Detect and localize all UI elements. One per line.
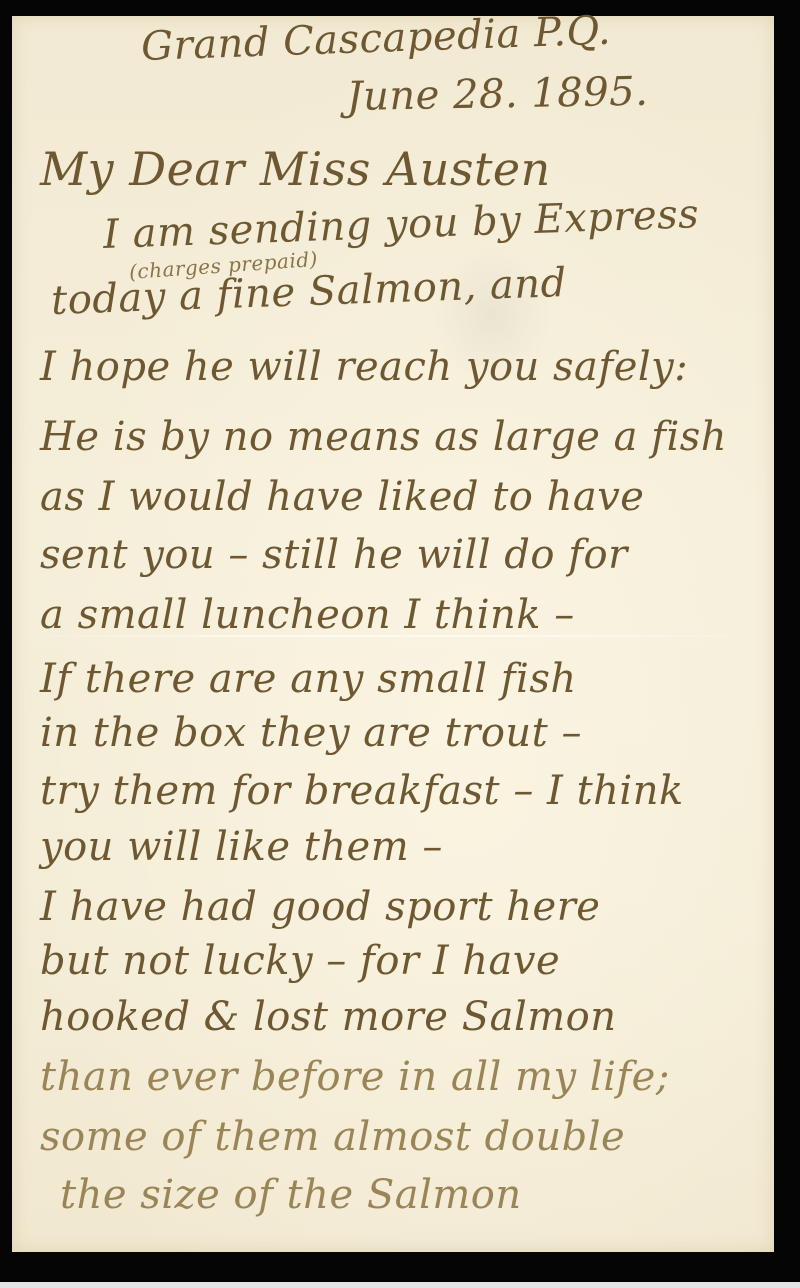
body-line-7: a small luncheon I think – bbox=[40, 592, 575, 638]
body-line-1: I am sending you by Express bbox=[102, 191, 699, 258]
body-line-17: the size of the Salmon bbox=[60, 1172, 522, 1218]
body-line-3: I hope he will reach you safely: bbox=[40, 344, 688, 390]
body-line-6: sent you – still he will do for bbox=[40, 532, 628, 578]
scan-edge bbox=[0, 1282, 800, 1288]
body-line-4: He is by no means as large a fish bbox=[40, 414, 727, 460]
body-line-13: but not lucky – for I have bbox=[40, 938, 560, 984]
salutation: My Dear Miss Austen bbox=[40, 142, 551, 196]
body-line-9: in the box they are trout – bbox=[40, 710, 582, 756]
body-line-12: I have had good sport here bbox=[40, 884, 600, 930]
body-line-16: some of them almost double bbox=[40, 1114, 625, 1160]
body-line-15: than ever before in all my life; bbox=[40, 1054, 670, 1100]
body-line-5: as I would have liked to have bbox=[40, 474, 644, 520]
heading-date: June 28. 1895. bbox=[346, 69, 649, 120]
body-line-10: try them for breakfast – I think bbox=[40, 768, 684, 814]
letter-page: Grand Cascapedia P.Q. June 28. 1895. My … bbox=[12, 16, 774, 1252]
body-line-8: If there are any small fish bbox=[40, 656, 577, 702]
body-line-14: hooked & lost more Salmon bbox=[40, 994, 617, 1040]
heading-place: Grand Cascapedia P.Q. bbox=[140, 8, 611, 70]
body-line-11: you will like them – bbox=[40, 824, 443, 870]
